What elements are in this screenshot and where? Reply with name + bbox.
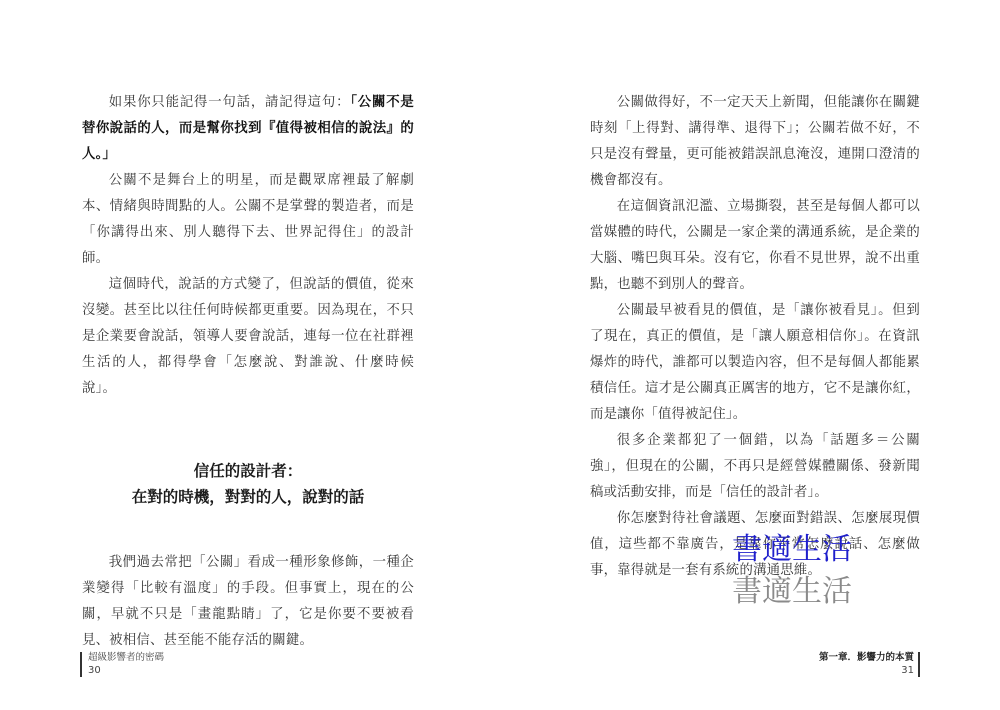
page-number: 30	[88, 664, 164, 677]
paragraph: 公關不是舞台上的明星，而是觀眾席裡最了解劇本、情緒與時間點的人。公關不是掌聲的製…	[82, 168, 414, 272]
paragraph: 很多企業都犯了一個錯，以為「話題多＝公關強」，但現在的公關，不再只是經營媒體關係…	[590, 428, 920, 506]
right-page: 公關做得好，不一定天天上新聞，但能讓你在關鍵時刻「上得對、講得準、退得下」；公關…	[500, 0, 1000, 710]
paragraph-text: 如果你只能記得一句話，請記得這句：	[109, 95, 350, 110]
paragraph: 公關做得好，不一定天天上新聞，但能讓你在關鍵時刻「上得對、講得準、退得下」；公關…	[590, 90, 920, 194]
page-number: 31	[819, 664, 914, 677]
watermark-primary: 書適生活	[732, 532, 852, 568]
watermark-secondary: 書適生活	[732, 574, 852, 610]
right-footer: 第一章．影響力的本質 31	[819, 651, 914, 677]
left-page: 如果你只能記得一句話，請記得這句：「公關不是替你說話的人，而是幫你找到『值得被相…	[0, 0, 500, 710]
left-footer: 超級影響者的密碼 30	[88, 651, 164, 677]
paragraph: 公關最早被看見的價值，是「讓你被看見」。但到了現在，真正的價值，是「讓人願意相信…	[590, 298, 920, 428]
paragraph: 這個時代，說話的方式變了，但說話的價值，從來沒變。甚至比以往任何時候都更重要。因…	[82, 272, 414, 402]
running-header-chapter-title: 第一章．影響力的本質	[819, 651, 914, 664]
paragraph: 我們過去常把「公關」看成一種形象修飾，一種企業變得「比較有溫度」的手段。但事實上…	[82, 550, 414, 654]
right-text-column: 公關做得好，不一定天天上新聞，但能讓你在關鍵時刻「上得對、講得準、退得下」；公關…	[590, 90, 920, 584]
running-header-book-title: 超級影響者的密碼	[88, 651, 164, 664]
left-text-column: 如果你只能記得一句話，請記得這句：「公關不是替你說話的人，而是幫你找到『值得被相…	[82, 90, 414, 654]
section-heading-line2: 在對的時機，對對的人，說對的話	[82, 484, 414, 510]
section-heading: 信任的設計者： 在對的時機，對對的人，說對的話	[82, 458, 414, 510]
paragraph: 在這個資訊氾濫、立場撕裂，甚至是每個人都可以當媒體的時代，公關是一家企業的溝通系…	[590, 194, 920, 298]
paragraph: 如果你只能記得一句話，請記得這句：「公關不是替你說話的人，而是幫你找到『值得被相…	[82, 90, 414, 168]
footer-divider-bar	[918, 652, 920, 677]
footer-divider-bar	[80, 652, 82, 677]
section-heading-line1: 信任的設計者：	[82, 458, 414, 484]
